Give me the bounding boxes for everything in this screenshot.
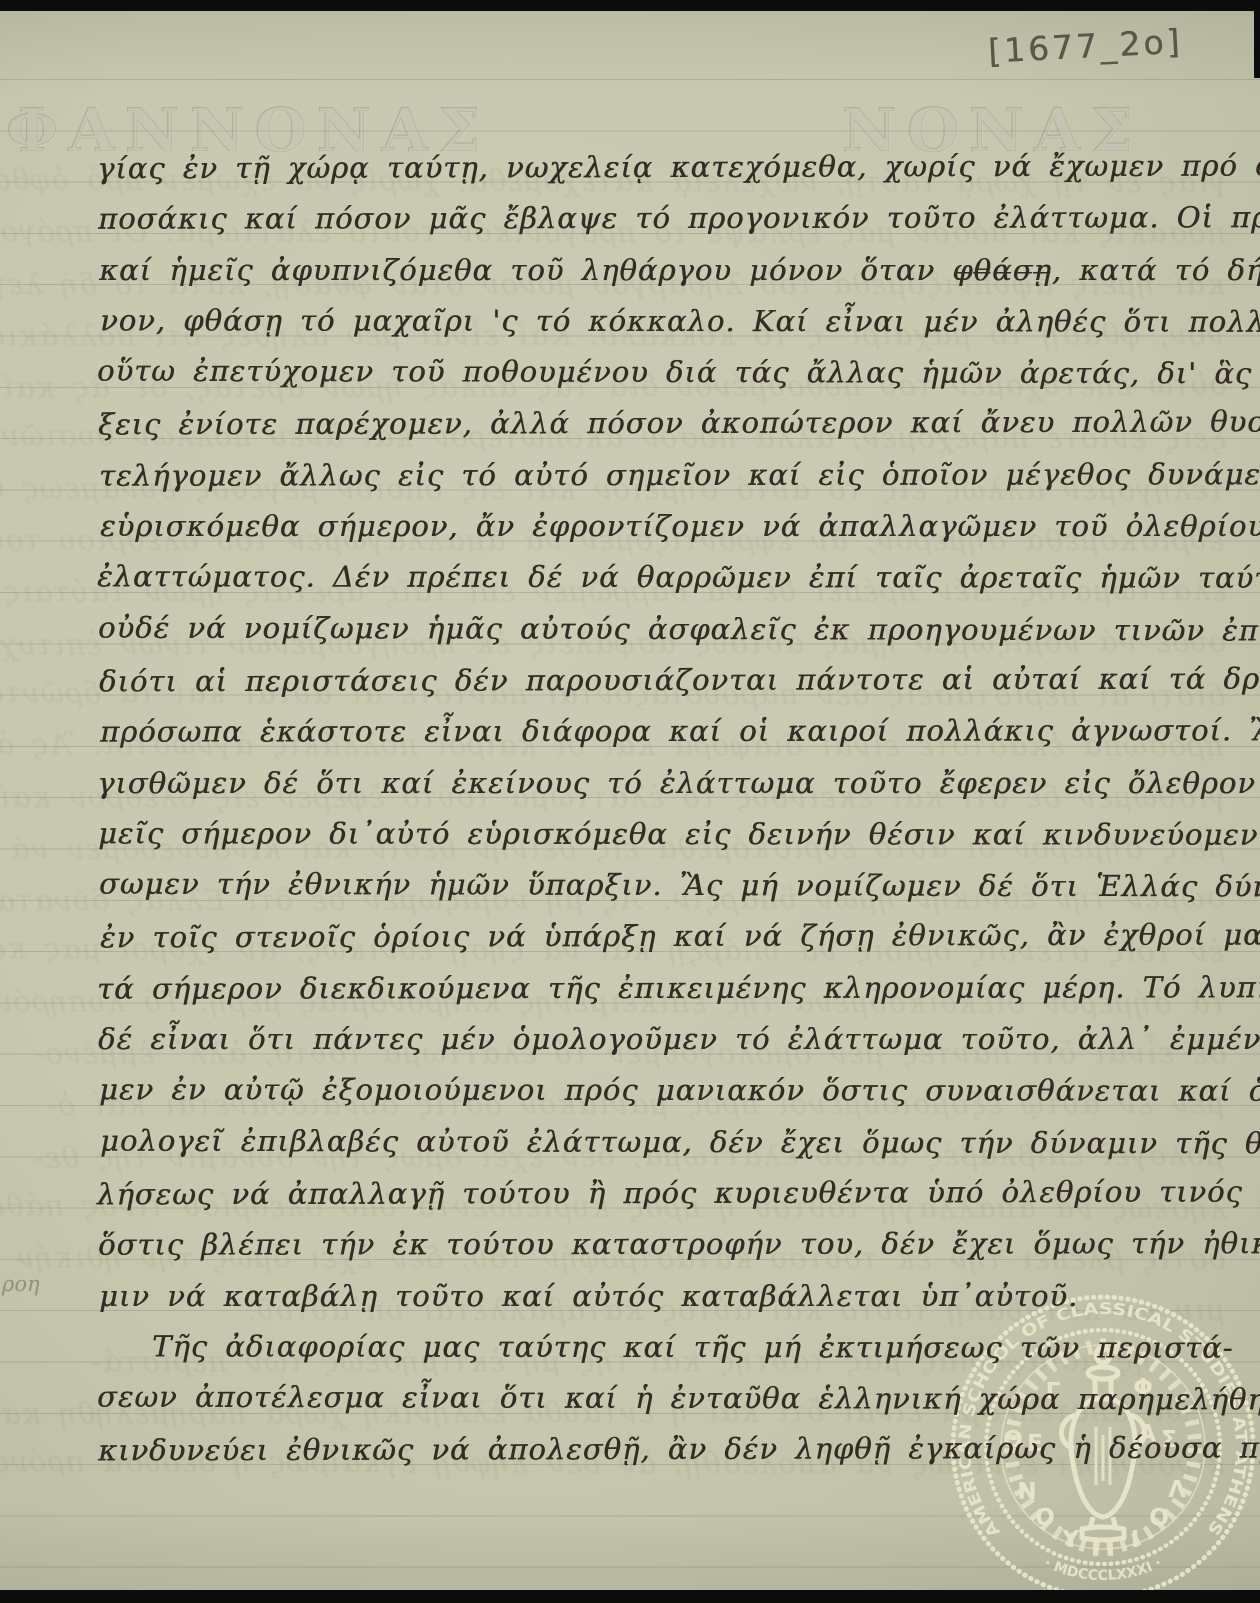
scan-edge-right	[1254, 0, 1260, 78]
text-line: μεῖς σήμερον δι᾽αὐτό εὑρισκόμεθα εἰς δει…	[98, 808, 1228, 861]
seal-letter: Ο	[1149, 1505, 1169, 1531]
text-line: λήσεως νά ἀπαλλαγῇ τούτου ἢ πρός κυριευθ…	[97, 1167, 1227, 1221]
text-line: πρόσωπα ἑκάστοτε εἶναι διάφορα καί οἱ κα…	[100, 706, 1230, 759]
seal-letter: Ι	[1131, 1527, 1140, 1553]
text-line: δέ εἶναι ὅτι πάντες μέν ὁμολογοῦμεν τό ἐ…	[98, 1014, 1228, 1065]
seal-letter: Υ	[1062, 1527, 1080, 1553]
text-line: μιν νά καταβάλῃ τοῦτο καί αὐτός καταβάλλ…	[99, 1271, 1229, 1322]
text-line: γισθῶμεν δέ ὅτι καί ἐκείνους τό ἐλάττωμα…	[97, 758, 1227, 809]
manuscript-page: ΦΑΝΝΟΝΑΣ ΝΟΝΑΣ [1677_2o] γίας ἐν τῇ χώρᾳ…	[0, 0, 1260, 1603]
text-line: ξεις ἐνίοτε παρέχομεν, ἀλλά πόσον ἀκοπώτ…	[98, 397, 1228, 451]
text-line: ἐλαττώματος. Δέν πρέπει δέ νά θαρρῶμεν ἐ…	[97, 552, 1227, 605]
text-line: διότι αἱ περιστάσεις δέν παρουσιάζονται …	[99, 654, 1229, 708]
text-line: νον, φθάσῃ τό μαχαῖρι 'ς τό κόκκαλο. Καί…	[100, 295, 1230, 348]
text-line: οὐδέ νά νομίζωμεν ἡμᾶς αὐτούς ἀσφαλεῖς ἐ…	[98, 602, 1228, 656]
text-line: ὅστις βλέπει τήν ἐκ τούτου καταστροφήν τ…	[98, 1219, 1228, 1272]
text-line: μολογεῖ ἐπιβλαβές αὐτοῦ ἐλάττωμα, δέν ἔχ…	[100, 1115, 1230, 1169]
seal-letter: Ο	[1035, 1505, 1055, 1531]
scan-edge-bottom	[0, 1590, 1260, 1603]
manuscript-text: γίας ἐν τῇ χώρᾳ ταύτῃ, νωχελείᾳ κατεχόμε…	[97, 142, 1227, 1476]
text-line: κινδυνεύει ἐθνικῶς νά ἀπολεσθῇ, ἂν δέν λ…	[98, 1423, 1228, 1477]
text-line: ποσάκις καί πόσον μᾶς ἔβλαψε τό προγονικ…	[98, 193, 1228, 246]
scan-edge-top	[0, 0, 1260, 11]
seal-year-text: · MDCCCLXXXI ·	[1042, 1555, 1165, 1584]
text-line: μεν ἐν αὐτῷ ἐξομοιούμενοι πρός μανιακόν …	[99, 1065, 1229, 1118]
text-line: σεων ἀποτέλεσμα εἶναι ὅτι καί ἡ ἐνταῦθα …	[97, 1372, 1227, 1426]
text-line: τελήγομεν ἄλλως εἰς τό αὐτό σημεῖον καί …	[99, 449, 1229, 502]
text-line: τά σήμερον διεκδικούμενα τῆς ἐπικειμένης…	[97, 962, 1227, 1015]
seal-letter: Ν	[1017, 1479, 1036, 1505]
text-line: ἐν τοῖς στενοῖς ὁρίοις νά ὑπάρξῃ καί νά …	[100, 910, 1230, 964]
text-line: εὑρισκόμεθα σήμερον, ἄν ἐφροντίζομεν νά …	[100, 501, 1230, 552]
margin-marginalia: ροη	[2, 1272, 40, 1296]
text-line: γίας ἐν τῇ χώρᾳ ταύτῃ, νωχελείᾳ κατεχόμε…	[97, 141, 1227, 195]
archive-code-annotation: [1677_2o]	[987, 20, 1209, 70]
text-line: σωμεν τήν ἐθνικήν ἡμῶν ὕπαρξιν. Ἂς μή νο…	[99, 859, 1229, 913]
text-line: Τῆς ἀδιαφορίας μας ταύτης καί τῆς μή ἐκτ…	[100, 1321, 1230, 1374]
seal-letter: Λ	[1168, 1477, 1186, 1503]
text-line: οὕτω ἐπετύχομεν τοῦ ποθουμένου διά τάς ἄ…	[97, 346, 1227, 400]
text-line: καί ἡμεῖς ἀφυπνιζόμεθα τοῦ ληθάργου μόνο…	[99, 245, 1229, 296]
